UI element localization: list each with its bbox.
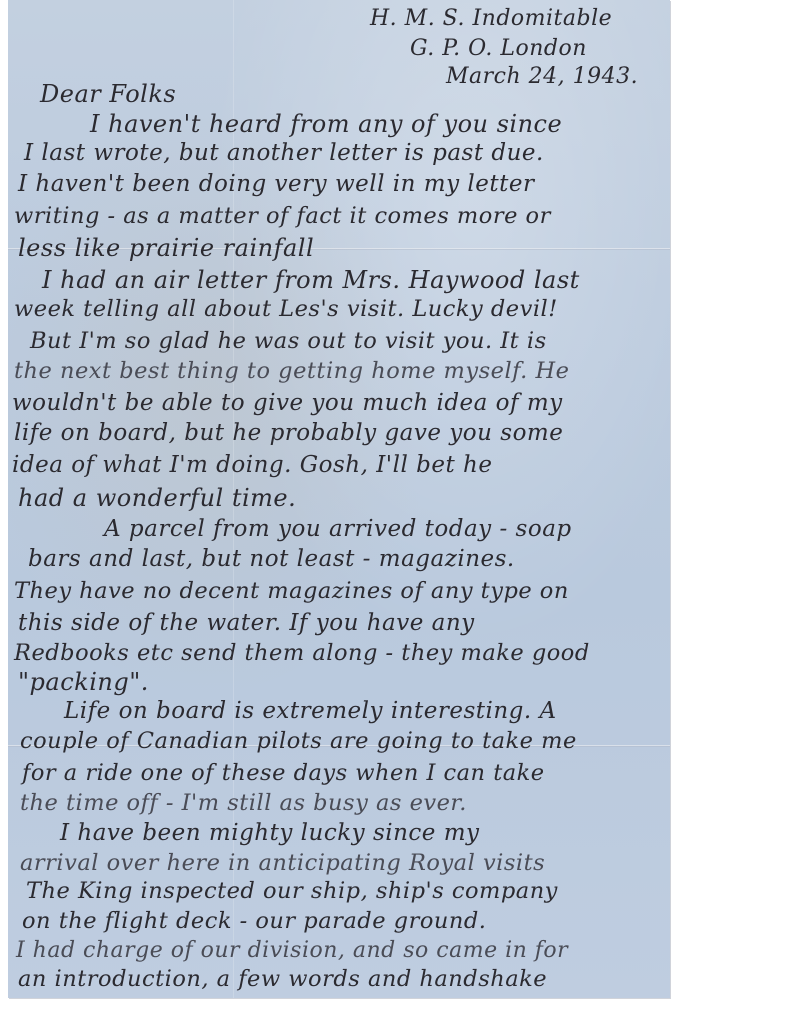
letter-line: arrival over here in anticipating Royal … <box>20 852 545 875</box>
header-post: G. P. O. London <box>410 38 587 60</box>
letter-line: I have been mighty lucky since my <box>60 822 480 845</box>
letter-line: The King inspected our ship, ship's comp… <box>26 880 558 903</box>
letter-line: bars and last, but not least - magazines… <box>28 548 515 571</box>
letter-line: writing - as a matter of fact it comes m… <box>14 205 551 228</box>
letter-line: the next best thing to getting home myse… <box>14 360 569 383</box>
salutation: Dear Folks <box>40 82 176 106</box>
letter-line: had a wonderful time. <box>18 486 296 510</box>
letter-line: But I'm so glad he was out to visit you.… <box>30 330 547 353</box>
letter-line: life on board, but he probably gave you … <box>14 422 563 445</box>
letter-line: wouldn't be able to give you much idea o… <box>12 392 563 415</box>
letter-page: H. M. S. Indomitable G. P. O. London Mar… <box>8 0 670 998</box>
letter-line: an introduction, a few words and handsha… <box>18 968 547 991</box>
letter-line: week telling all about Les's visit. Luck… <box>14 298 558 321</box>
letter-line: Life on board is extremely interesting. … <box>64 700 557 723</box>
letter-line: Redbooks etc send them along - they make… <box>14 642 590 665</box>
letter-line: for a ride one of these days when I can … <box>22 762 545 785</box>
letter-line: on the flight deck - our parade ground. <box>22 910 486 933</box>
letter-line: I haven't been doing very well in my let… <box>18 173 534 196</box>
letter-line: I had charge of our division, and so cam… <box>16 940 568 962</box>
letter-line: the time off - I'm still as busy as ever… <box>20 792 467 815</box>
letter-line: couple of Canadian pilots are going to t… <box>20 730 577 753</box>
letter-line: "packing". <box>18 670 149 694</box>
letter-line: less like prairie rainfall <box>18 236 314 260</box>
letter-line: A parcel from you arrived today - soap <box>104 518 572 541</box>
header-date: March 24, 1943. <box>446 66 638 88</box>
letter-line: They have no decent magazines of any typ… <box>14 580 569 603</box>
header-ship: H. M. S. Indomitable <box>370 8 612 30</box>
letter-line: I had an air letter from Mrs. Haywood la… <box>42 268 580 292</box>
letter-line: idea of what I'm doing. Gosh, I'll bet h… <box>12 454 492 477</box>
letter-line: I haven't heard from any of you since <box>90 112 562 136</box>
letter-line: this side of the water. If you have any <box>18 612 475 635</box>
letter-line: I last wrote, but another letter is past… <box>24 142 544 165</box>
